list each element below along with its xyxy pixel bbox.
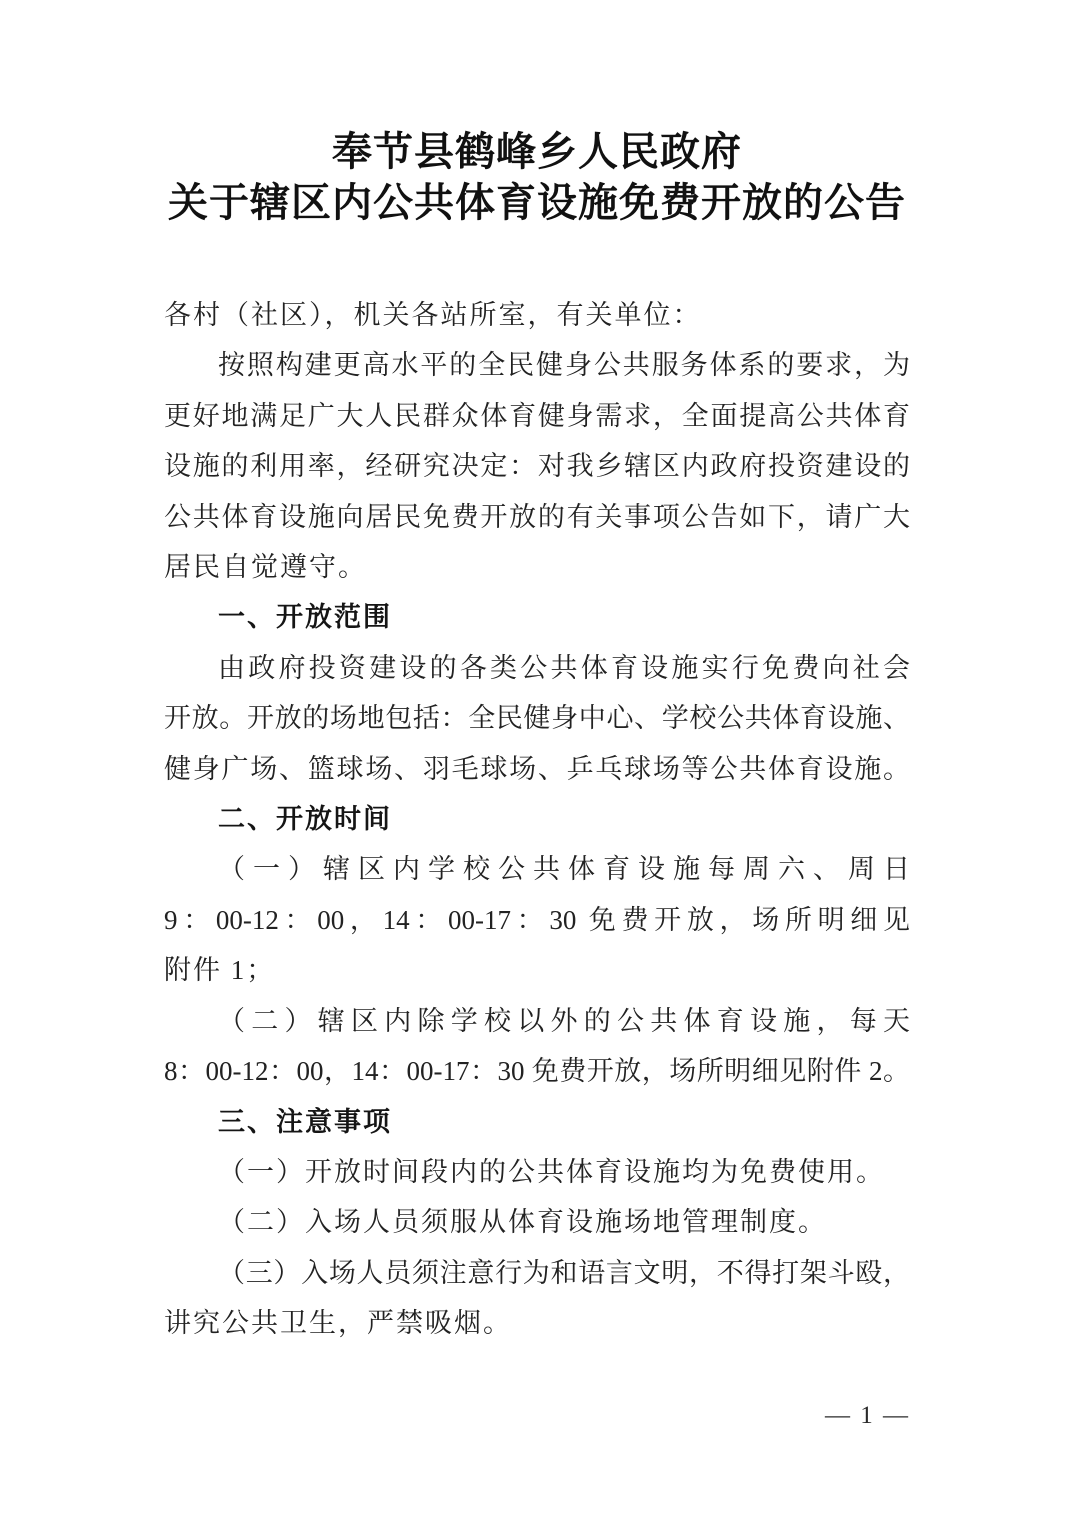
document-page: 奉节县鹤峰乡人民政府 关于辖区内公共体育设施免费开放的公告 各村（社区），机关各… (0, 0, 1074, 1520)
list-item-line: （二）辖区内除学校以外的公共体育设施，每天 (164, 996, 910, 1046)
paragraph-line: 由政府投资建设的各类公共体育设施实行免费向社会 (164, 643, 910, 693)
salutation-line: 各村（社区），机关各站所室，有关单位： (164, 290, 910, 340)
page-number: — 1 — (164, 1402, 910, 1430)
document-title: 奉节县鹤峰乡人民政府 关于辖区内公共体育设施免费开放的公告 (0, 126, 1074, 228)
list-item-line: （一）辖区内学校公共体育设施每周六、周日 (164, 844, 910, 894)
list-item-line: 9：00-12：00，14：00-17：30 免费开放，场所明细见 (164, 895, 910, 945)
paragraph-line: 设施的利用率，经研究决定：对我乡辖区内政府投资建设的 (164, 441, 910, 491)
paragraph-line: 健身广场、篮球场、羽毛球场、乒乓球场等公共体育设施。 (164, 744, 910, 794)
list-item-line: 附件 1； (164, 945, 910, 995)
paragraph-line: 居民自觉遵守。 (164, 542, 910, 592)
list-item-line: （二）入场人员须服从体育设施场地管理制度。 (164, 1197, 910, 1247)
paragraph-line: 更好地满足广大人民群众体育健身需求，全面提高公共体育 (164, 391, 910, 441)
paragraph-line: 公共体育设施向居民免费开放的有关事项公告如下，请广大 (164, 492, 910, 542)
list-item-line: 8：00-12：00，14：00-17：30 免费开放，场所明细见附件 2。 (164, 1046, 910, 1096)
paragraph-line: 按照构建更高水平的全民健身公共服务体系的要求，为 (164, 340, 910, 390)
section-heading-3: 三、注意事项 (164, 1097, 910, 1147)
title-line-2: 关于辖区内公共体育设施免费开放的公告 (0, 177, 1074, 228)
title-line-1: 奉节县鹤峰乡人民政府 (0, 126, 1074, 177)
section-heading-2: 二、开放时间 (164, 794, 910, 844)
list-item-line: （三）入场人员须注意行为和语言文明，不得打架斗殴， (164, 1248, 910, 1298)
list-item-line: （一）开放时间段内的公共体育设施均为免费使用。 (164, 1147, 910, 1197)
section-heading-1: 一、开放范围 (164, 592, 910, 642)
list-item-line: 讲究公共卫生，严禁吸烟。 (164, 1298, 910, 1348)
paragraph-line: 开放。开放的场地包括：全民健身中心、学校公共体育设施、 (164, 693, 910, 743)
document-body: 各村（社区），机关各站所室，有关单位： 按照构建更高水平的全民健身公共服务体系的… (164, 290, 910, 1349)
